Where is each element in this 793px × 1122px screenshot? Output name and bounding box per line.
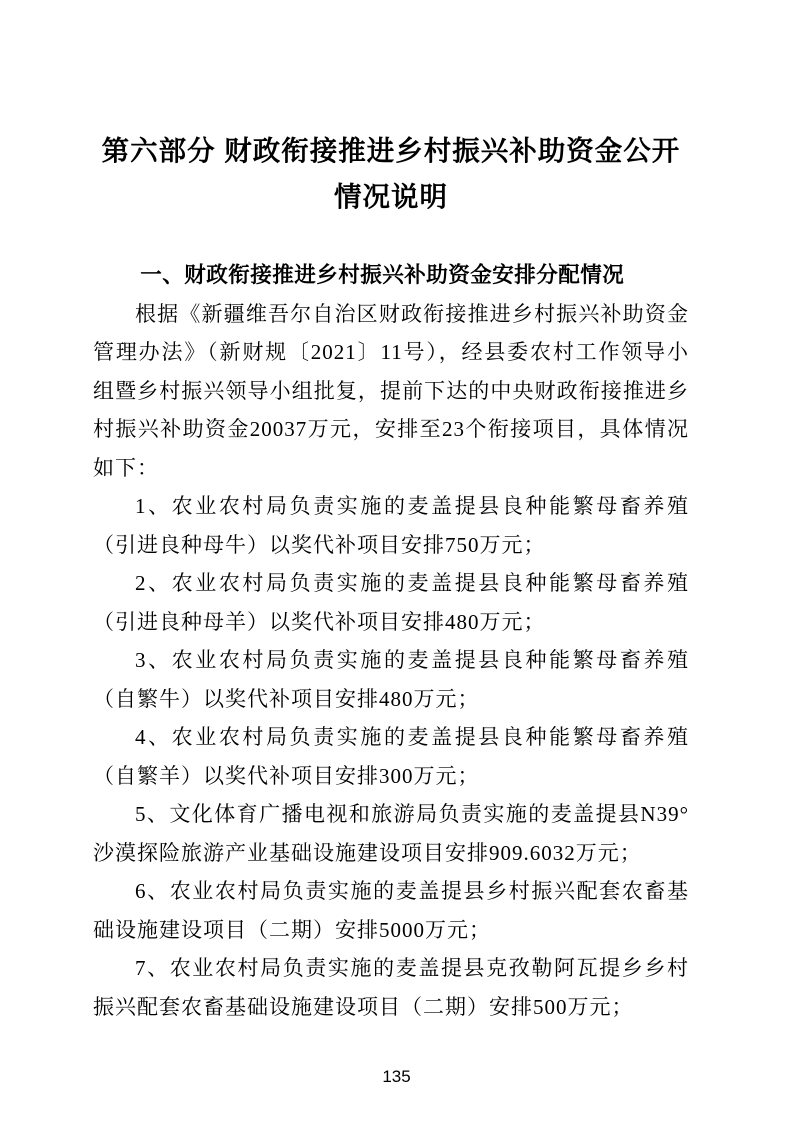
paragraph-item-5: 5、文化体育广播电视和旅游局负责实施的麦盖提县N39° 沙漠探险旅游产业基础设施… — [93, 795, 689, 872]
paragraph-item-1: 1、农业农村局负责实施的麦盖提县良种能繁母畜养殖（引进良种母牛）以奖代补项目安排… — [93, 487, 689, 564]
page-number: 135 — [0, 1066, 793, 1088]
paragraph-intro: 根据《新疆维吾尔自治区财政衔接推进乡村振兴补助资金管理办法》（新财规〔2021〕… — [93, 295, 689, 488]
paragraph-item-4: 4、农业农村局负责实施的麦盖提县良种能繁母畜养殖（自繁羊）以奖代补项目安排300… — [93, 718, 689, 795]
paragraph-item-7: 7、农业农村局负责实施的麦盖提县克孜勒阿瓦提乡乡村振兴配套农畜基础设施建设项目（… — [93, 949, 689, 1026]
paragraph-item-3: 3、农业农村局负责实施的麦盖提县良种能繁母畜养殖（自繁牛）以奖代补项目安排480… — [93, 641, 689, 718]
page-title: 第六部分 财政衔接推进乡村振兴补助资金公开情况说明 — [93, 0, 689, 220]
paragraph-item-2: 2、农业农村局负责实施的麦盖提县良种能繁母畜养殖（引进良种母羊）以奖代补项目安排… — [93, 564, 689, 641]
section-heading: 一、财政衔接推进乡村振兴补助资金安排分配情况 — [93, 256, 689, 295]
paragraph-item-6: 6、农业农村局负责实施的麦盖提县乡村振兴配套农畜基础设施建设项目（二期）安排50… — [93, 872, 689, 949]
document-content: 第六部分 财政衔接推进乡村振兴补助资金公开情况说明 一、财政衔接推进乡村振兴补助… — [93, 0, 689, 1026]
document-page: 第六部分 财政衔接推进乡村振兴补助资金公开情况说明 一、财政衔接推进乡村振兴补助… — [0, 0, 793, 1122]
